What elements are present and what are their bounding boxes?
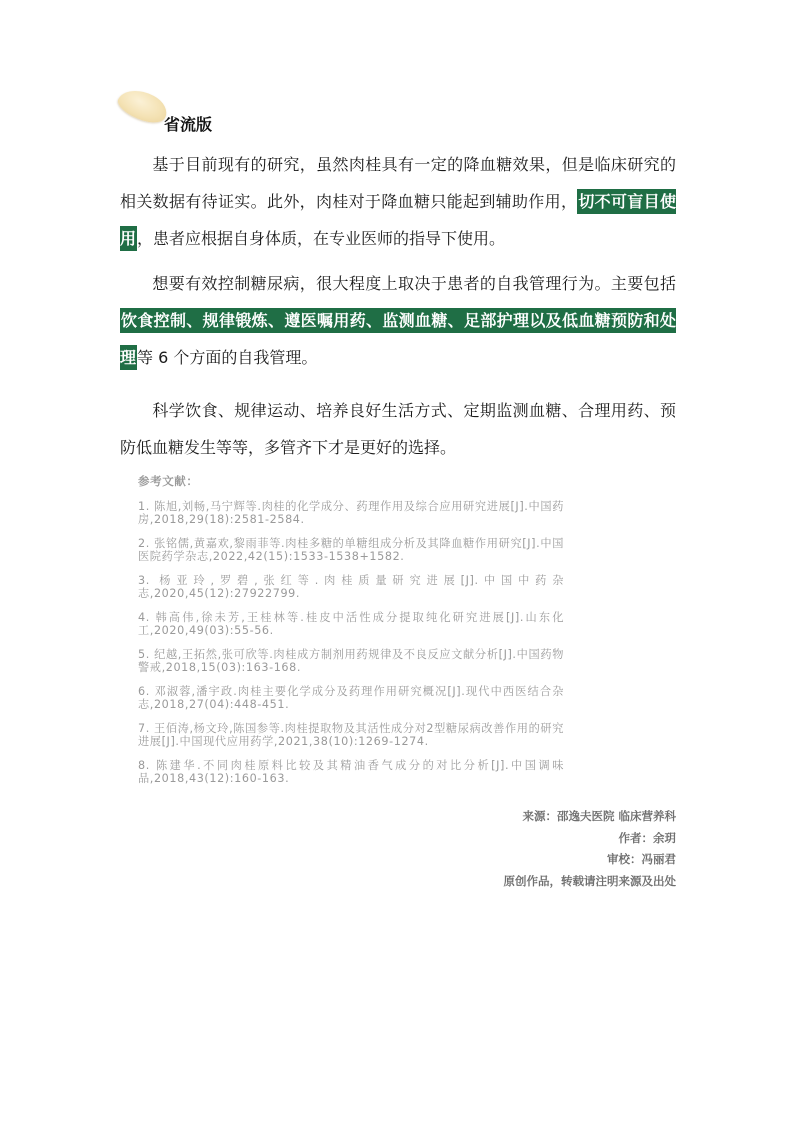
paragraph-text: 想要有效控制糖尿病，很大程度上取决于患者的自我管理行为。主要包括 xyxy=(152,274,676,293)
credit-copyright: 原创作品，转载请注明来源及出处 xyxy=(504,871,677,893)
credit-reviewer: 审校：冯丽君 xyxy=(504,849,677,871)
paragraph-text: 等 6 个方面的自我管理。 xyxy=(137,348,317,367)
section-title: 省流版 xyxy=(164,112,212,135)
credits: 来源：邵逸夫医院 临床营养科 作者：余玥 审校：冯丽君 原创作品，转载请注明来源… xyxy=(504,806,677,892)
reference-item: 4. 韩高伟,徐未芳,王桂林等.桂皮中活性成分提取纯化研究进展[J].山东化工,… xyxy=(138,611,564,638)
reference-item: 8. 陈建华.不同肉桂原料比较及其精油香气成分的对比分析[J].中国调味品,20… xyxy=(138,759,564,786)
reference-item: 5. 纪越,王拓然,张可欣等.肉桂成方制剂用药规律及不良反应文献分析[J].中国… xyxy=(138,648,564,675)
reference-item: 7. 王佰涛,杨文玲,陈国参等.肉桂提取物及其活性成分对2型糖尿病改善作用的研究… xyxy=(138,722,564,749)
paragraph-text: 科学饮食、规律运动、培养良好生活方式、定期监测血糖、合理用药、预防低血糖发生等等… xyxy=(120,401,676,457)
references-title: 参考文献： xyxy=(138,475,564,489)
paragraph-conclusion: 科学饮食、规律运动、培养良好生活方式、定期监测血糖、合理用药、预防低血糖发生等等… xyxy=(120,392,676,466)
references: 参考文献： 1. 陈旭,刘畅,马宁辉等.肉桂的化学成分、药理作用及综合应用研究进… xyxy=(138,475,564,796)
credit-author: 作者：余玥 xyxy=(504,828,677,850)
paragraph-self-management: 想要有效控制糖尿病，很大程度上取决于患者的自我管理行为。主要包括饮食控制、规律锻… xyxy=(120,265,676,376)
credit-source: 来源：邵逸夫医院 临床营养科 xyxy=(504,806,677,828)
reference-item: 6. 邓淑蓉,潘宇政.肉桂主要化学成分及药理作用研究概况[J].现代中西医结合杂… xyxy=(138,685,564,712)
reference-item: 1. 陈旭,刘畅,马宁辉等.肉桂的化学成分、药理作用及综合应用研究进展[J].中… xyxy=(138,500,564,527)
reference-item: 2. 张铭儒,黄嘉欢,黎雨菲等.肉桂多糖的单糖组成分析及其降血糖作用研究[J].… xyxy=(138,537,564,564)
paragraph-text: ，患者应根据自身体质，在专业医师的指导下使用。 xyxy=(137,229,505,248)
paragraph-summary: 基于目前现有的研究，虽然肉桂具有一定的降血糖效果，但是临床研究的相关数据有待证实… xyxy=(120,146,676,257)
reference-item: 3. 杨亚玲,罗碧,张红等.肉桂质量研究进展[J].中国中药杂志,2020,45… xyxy=(138,574,564,601)
section-header: 省流版 xyxy=(118,92,318,136)
